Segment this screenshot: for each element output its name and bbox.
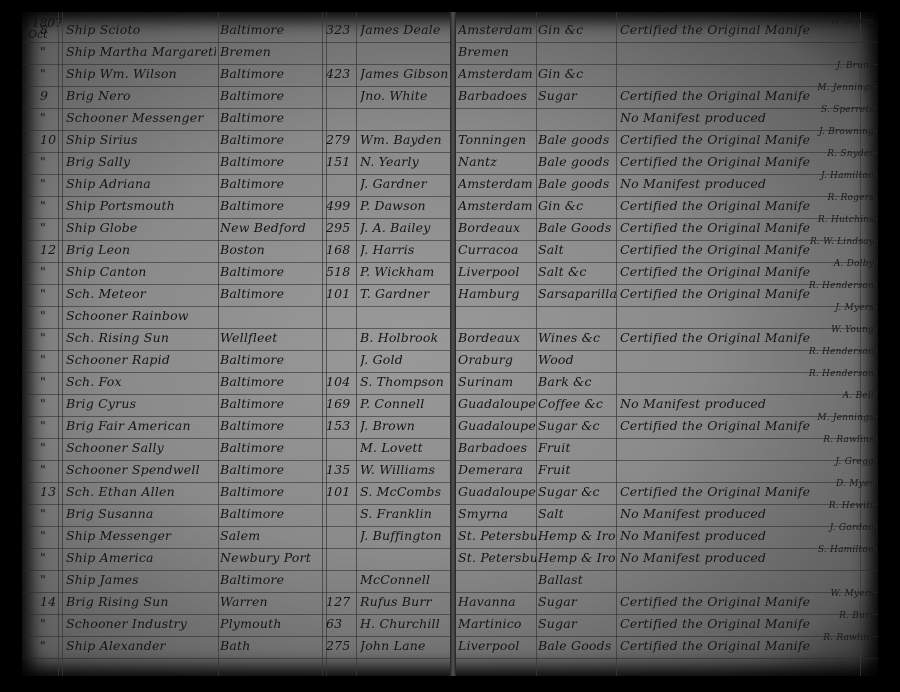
cell-tons: 323 (326, 22, 356, 37)
cell-tons: 104 (326, 374, 356, 389)
cell-tons: 423 (326, 66, 356, 81)
cell-master: Jno. White (360, 88, 448, 103)
cell-master: J. Buffington (360, 528, 448, 543)
cell-vessel: Schooner Sally (66, 440, 216, 455)
cell-remark: Certified the Original Manifest (620, 484, 810, 499)
cell-remark: No Manifest produced (620, 528, 810, 543)
cell-master: P. Wickham (360, 264, 448, 279)
table-row: 12Brig LeonBoston168J. Harris (22, 240, 450, 263)
cell-master: J. Gardner (360, 176, 448, 191)
cell-vessel: Ship Alexander (66, 638, 216, 653)
table-row: 9Brig NeroBaltimoreJno. White (22, 86, 450, 109)
cell-from: Amsterdam (458, 66, 536, 81)
cell-cargo: Bale Goods (538, 638, 616, 653)
cell-cargo: Wines &c (538, 330, 616, 345)
cell-day: " (40, 572, 58, 587)
cell-from: Guadaloupe (458, 418, 536, 433)
cell-vessel: Brig Fair American (66, 418, 216, 433)
table-row: 8Ship SciotoBaltimore323James Deale (22, 20, 450, 43)
cell-day: 14 (40, 594, 58, 609)
cell-cargo: Gin &c (538, 66, 616, 81)
cell-vessel: Sch. Rising Sun (66, 330, 216, 345)
cell-sig: W. Myers (786, 17, 874, 27)
cell-remark: Certified the Original Manifest (620, 242, 810, 257)
cell-tons: 63 (326, 616, 356, 631)
cell-vessel: Ship Martha Margaretha (66, 44, 216, 59)
cell-remark: Certified the Original Manifest (620, 88, 810, 103)
table-row: 13Sch. Ethan AllenBaltimore101S. McCombs (22, 482, 450, 505)
cell-sig: R. Rogers (786, 193, 874, 203)
cell-cargo: Bale Goods (538, 220, 616, 235)
cell-tons: 275 (326, 638, 356, 653)
cell-master: McConnell (360, 572, 448, 587)
cell-sig: M. Jennings (786, 413, 874, 423)
cell-remark: No Manifest produced (620, 550, 810, 565)
cell-sig: M. Jennings (786, 83, 874, 93)
cell-port: Baltimore (220, 374, 320, 389)
cell-vessel: Brig Sally (66, 154, 216, 169)
cell-from: Amsterdam (458, 176, 536, 191)
cell-day: " (40, 308, 58, 323)
cell-tons: 127 (326, 594, 356, 609)
cell-master: P. Dawson (360, 198, 448, 213)
cell-day: " (40, 264, 58, 279)
table-row: LiverpoolBale GoodsCertified the Origina… (456, 636, 878, 659)
cell-vessel: Schooner Spendwell (66, 462, 216, 477)
cell-vessel: Brig Nero (66, 88, 216, 103)
cell-remark: Certified the Original Manifest (620, 154, 810, 169)
cell-day: " (40, 374, 58, 389)
cell-remark: Certified the Original Manifest (620, 132, 810, 147)
ledger-spread: 1807 Oct 8Ship SciotoBaltimore323James D… (22, 12, 878, 676)
cell-day: 8 (40, 22, 58, 37)
cell-cargo: Bale goods (538, 154, 616, 169)
cell-master: S. Thompson (360, 374, 448, 389)
cell-sig: R. Snyder (786, 149, 874, 159)
cell-master: N. Yearly (360, 154, 448, 169)
cell-cargo: Sugar (538, 88, 616, 103)
cell-master: W. Williams (360, 462, 448, 477)
cell-vessel: Schooner Messenger (66, 110, 216, 125)
cell-day: " (40, 352, 58, 367)
cell-vessel: Sch. Fox (66, 374, 216, 389)
cell-port: Baltimore (220, 418, 320, 433)
cell-master: B. Holbrook (360, 330, 448, 345)
cell-remark: Certified the Original Manifest (620, 330, 810, 345)
cell-sig: S. Sperrets (786, 105, 874, 115)
cell-port: Baltimore (220, 132, 320, 147)
cell-master: J. A. Bailey (360, 220, 448, 235)
cell-port: Baltimore (220, 66, 320, 81)
cell-sig: R. Rawlins (786, 435, 874, 445)
cell-sig: J. Hamilton (786, 171, 874, 181)
cell-from: Amsterdam (458, 22, 536, 37)
table-row: "Ship CantonBaltimore518P. Wickham (22, 262, 450, 285)
cell-port: Baltimore (220, 352, 320, 367)
cell-cargo: Sugar &c (538, 418, 616, 433)
cell-tons: 153 (326, 418, 356, 433)
cell-day: " (40, 176, 58, 191)
cell-sig: R. Henderson (786, 281, 874, 291)
cell-day: " (40, 440, 58, 455)
cell-day: " (40, 110, 58, 125)
cell-vessel: Ship Adriana (66, 176, 216, 191)
cell-port: Baltimore (220, 264, 320, 279)
cell-tons: 499 (326, 198, 356, 213)
cell-day: " (40, 286, 58, 301)
cell-sig: R. Hutchins (786, 215, 874, 225)
cell-port: Baltimore (220, 88, 320, 103)
cell-remark: No Manifest produced (620, 396, 810, 411)
cell-vessel: Schooner Rapid (66, 352, 216, 367)
cell-day: 12 (40, 242, 58, 257)
cell-cargo: Wood (538, 352, 616, 367)
cell-vessel: Brig Rising Sun (66, 594, 216, 609)
cell-from: Surinam (458, 374, 536, 389)
cell-vessel: Ship Wm. Wilson (66, 66, 216, 81)
cell-from: Havanna (458, 594, 536, 609)
cell-from: Martinico (458, 616, 536, 631)
cell-from: Guadaloupe (458, 484, 536, 499)
cell-from: Barbadoes (458, 440, 536, 455)
cell-port: Plymouth (220, 616, 320, 631)
table-row: "Ship Wm. WilsonBaltimore423James Gibson (22, 64, 450, 87)
cell-port: Baltimore (220, 440, 320, 455)
cell-day: " (40, 198, 58, 213)
cell-master: S. McCombs (360, 484, 448, 499)
cell-remark: Certified the Original Manifest (620, 286, 810, 301)
cell-sig: R. Henderson (786, 347, 874, 357)
cell-remark: Certified the Original Manifest (620, 220, 810, 235)
cell-remark: Certified the Original Manifest (620, 22, 810, 37)
cell-day: " (40, 396, 58, 411)
cell-tons: 518 (326, 264, 356, 279)
cell-day: " (40, 462, 58, 477)
cell-cargo: Sarsaparilla (538, 286, 616, 301)
cell-master: J. Harris (360, 242, 448, 257)
cell-sig: R. Burr (786, 611, 874, 621)
cell-port: Baltimore (220, 110, 320, 125)
cell-sig: W. Myers (786, 589, 874, 599)
cell-cargo: Gin &c (538, 22, 616, 37)
cell-day: 13 (40, 484, 58, 499)
table-row: "Ship JamesBaltimoreMcConnell (22, 570, 450, 593)
cell-vessel: Schooner Rainbow (66, 308, 216, 323)
cell-sig: J. Gordon (786, 523, 874, 533)
cell-tons: 295 (326, 220, 356, 235)
cell-day: " (40, 418, 58, 433)
cell-from: Guadaloupe (458, 396, 536, 411)
cell-sig: J. Gregg (786, 457, 874, 467)
cell-port: Baltimore (220, 22, 320, 37)
table-row: "Schooner SallyBaltimoreM. Lovett (22, 438, 450, 461)
cell-remark: Certified the Original Manifest (620, 638, 810, 653)
table-row: 14Brig Rising SunWarren127Rufus Burr (22, 592, 450, 615)
cell-day: " (40, 528, 58, 543)
cell-from: Smyrna (458, 506, 536, 521)
cell-vessel: Sch. Meteor (66, 286, 216, 301)
cell-cargo: Fruit (538, 440, 616, 455)
cell-cargo: Sugar (538, 616, 616, 631)
cell-cargo: Hemp & Iron (538, 528, 616, 543)
cell-master: John Lane (360, 638, 448, 653)
cell-port: Warren (220, 594, 320, 609)
table-row: "Ship PortsmouthBaltimore499P. Dawson (22, 196, 450, 219)
cell-sig: A. Bell (786, 391, 874, 401)
cell-cargo: Salt (538, 506, 616, 521)
cell-vessel: Ship James (66, 572, 216, 587)
table-row: "Ship Martha MargarethaBremen (22, 42, 450, 65)
cell-from: Oraburg (458, 352, 536, 367)
cell-from: Nantz (458, 154, 536, 169)
cell-from: Bordeaux (458, 330, 536, 345)
cell-master: Rufus Burr (360, 594, 448, 609)
cell-remark: Certified the Original Manifest (620, 594, 810, 609)
table-row: "Ship MessengerSalemJ. Buffington (22, 526, 450, 549)
cell-master: James Gibson (360, 66, 448, 81)
cell-vessel: Sch. Ethan Allen (66, 484, 216, 499)
cell-sig: J. Bruns (786, 61, 874, 71)
cell-sig: W. Young (786, 325, 874, 335)
cell-port: Boston (220, 242, 320, 257)
cell-master: M. Lovett (360, 440, 448, 455)
cell-sig: D. Myer (786, 479, 874, 489)
cell-vessel: Ship Sirius (66, 132, 216, 147)
cell-day: " (40, 220, 58, 235)
cell-day: " (40, 330, 58, 345)
table-row: St. PetersburgHemp & IronNo Manifest pro… (456, 548, 878, 571)
cell-sig: R. Henderson (786, 369, 874, 379)
cell-port: Baltimore (220, 286, 320, 301)
cell-from: Liverpool (458, 638, 536, 653)
cell-port: Bath (220, 638, 320, 653)
cell-remark: Certified the Original Manifest (620, 616, 810, 631)
cell-port: Baltimore (220, 176, 320, 191)
cell-from: St. Petersburg (458, 528, 536, 543)
cell-vessel: Ship Globe (66, 220, 216, 235)
cell-cargo: Sugar (538, 594, 616, 609)
cell-cargo: Salt &c (538, 264, 616, 279)
cell-from: Hamburg (458, 286, 536, 301)
cell-master: S. Franklin (360, 506, 448, 521)
cell-master: T. Gardner (360, 286, 448, 301)
table-row: "Brig SusannaBaltimoreS. Franklin (22, 504, 450, 527)
cell-cargo: Bark &c (538, 374, 616, 389)
table-row: 10Ship SiriusBaltimore279Wm. Bayden (22, 130, 450, 153)
cell-day: " (40, 638, 58, 653)
cell-from: Amsterdam (458, 198, 536, 213)
table-row: "Ship AlexanderBath275John Lane (22, 636, 450, 659)
cell-master: J. Brown (360, 418, 448, 433)
cell-port: Baltimore (220, 484, 320, 499)
cell-vessel: Schooner Industry (66, 616, 216, 631)
left-page: 1807 Oct 8Ship SciotoBaltimore323James D… (22, 12, 450, 676)
table-row: "Ship AmericaNewbury Port (22, 548, 450, 571)
cell-day: " (40, 616, 58, 631)
table-row: "Brig Fair AmericanBaltimore153J. Brown (22, 416, 450, 439)
cell-port: Baltimore (220, 506, 320, 521)
right-page: AmsterdamGin &cCertified the Original Ma… (456, 12, 878, 676)
table-row: "Schooner IndustryPlymouth63H. Churchill (22, 614, 450, 637)
cell-remark: No Manifest produced (620, 110, 810, 125)
table-row: "Brig SallyBaltimore151N. Yearly (22, 152, 450, 175)
cell-master: H. Churchill (360, 616, 448, 631)
cell-cargo: Bale goods (538, 176, 616, 191)
cell-master: P. Connell (360, 396, 448, 411)
cell-sig: R. W. Lindsay (786, 237, 874, 247)
table-row: "Brig CyrusBaltimore169P. Connell (22, 394, 450, 417)
cell-cargo: Hemp & Iron (538, 550, 616, 565)
cell-remark: Certified the Original Manifest (620, 198, 810, 213)
cell-port: Salem (220, 528, 320, 543)
cell-cargo: Ballast (538, 572, 616, 587)
cell-sig: J. Browning (786, 127, 874, 137)
cell-day: 10 (40, 132, 58, 147)
cell-tons: 135 (326, 462, 356, 477)
cell-sig: R. Rawlins (786, 633, 874, 643)
cell-port: Baltimore (220, 154, 320, 169)
table-row: "Schooner Rainbow (22, 306, 450, 329)
cell-tons: 279 (326, 132, 356, 147)
cell-port: Bremen (220, 44, 320, 59)
cell-vessel: Ship Portsmouth (66, 198, 216, 213)
cell-from: Tonningen (458, 132, 536, 147)
cell-vessel: Ship Canton (66, 264, 216, 279)
cell-master: Wm. Bayden (360, 132, 448, 147)
table-row: "Schooner SpendwellBaltimore135W. Willia… (22, 460, 450, 483)
cell-port: Baltimore (220, 462, 320, 477)
cell-vessel: Ship Messenger (66, 528, 216, 543)
cell-from: Barbadoes (458, 88, 536, 103)
cell-tons: 168 (326, 242, 356, 257)
cell-port: Baltimore (220, 572, 320, 587)
table-row: "Sch. MeteorBaltimore101T. Gardner (22, 284, 450, 307)
table-row: AmsterdamGin &cCertified the Original Ma… (456, 20, 878, 43)
cell-remark: Certified the Original Manifest (620, 418, 810, 433)
cell-cargo: Coffee &c (538, 396, 616, 411)
table-row: "Schooner MessengerBaltimore (22, 108, 450, 131)
cell-port: Baltimore (220, 198, 320, 213)
table-row: "Ship AdrianaBaltimoreJ. Gardner (22, 174, 450, 197)
cell-day: " (40, 506, 58, 521)
cell-tons: 101 (326, 484, 356, 499)
cell-master: James Deale (360, 22, 448, 37)
table-row: "Sch. Rising SunWellfleetB. Holbrook (22, 328, 450, 351)
cell-cargo: Gin &c (538, 198, 616, 213)
cell-day: " (40, 44, 58, 59)
cell-tons: 151 (326, 154, 356, 169)
cell-vessel: Brig Leon (66, 242, 216, 257)
cell-cargo: Bale goods (538, 132, 616, 147)
cell-port: Baltimore (220, 396, 320, 411)
cell-port: Newbury Port (220, 550, 320, 565)
cell-remark: No Manifest produced (620, 176, 810, 191)
cell-day: 9 (40, 88, 58, 103)
cell-port: New Bedford (220, 220, 320, 235)
cell-day: " (40, 154, 58, 169)
cell-sig: J. Myers (786, 303, 874, 313)
cell-cargo: Sugar &c (538, 484, 616, 499)
cell-from: Curracoa (458, 242, 536, 257)
cell-sig: S. Hamilton (786, 545, 874, 555)
cell-tons: 101 (326, 286, 356, 301)
cell-cargo: Fruit (538, 462, 616, 477)
cell-remark: No Manifest produced (620, 506, 810, 521)
cell-vessel: Brig Susanna (66, 506, 216, 521)
cell-sig: R. Hewitt (786, 501, 874, 511)
cell-day: " (40, 550, 58, 565)
cell-from: Bremen (458, 44, 536, 59)
table-row: "Sch. FoxBaltimore104S. Thompson (22, 372, 450, 395)
cell-vessel: Brig Cyrus (66, 396, 216, 411)
cell-vessel: Ship Scioto (66, 22, 216, 37)
cell-from: Liverpool (458, 264, 536, 279)
cell-sig: A. Dolby (786, 259, 874, 269)
cell-remark: Certified the Original Manifest (620, 264, 810, 279)
cell-tons: 169 (326, 396, 356, 411)
cell-master: J. Gold (360, 352, 448, 367)
table-row: "Ship GlobeNew Bedford295J. A. Bailey (22, 218, 450, 241)
table-row: "Schooner RapidBaltimoreJ. Gold (22, 350, 450, 373)
cell-vessel: Ship America (66, 550, 216, 565)
cell-day: " (40, 66, 58, 81)
cell-from: St. Petersburg (458, 550, 536, 565)
cell-port: Wellfleet (220, 330, 320, 345)
cell-from: Demerara (458, 462, 536, 477)
cell-cargo: Salt (538, 242, 616, 257)
cell-from: Bordeaux (458, 220, 536, 235)
